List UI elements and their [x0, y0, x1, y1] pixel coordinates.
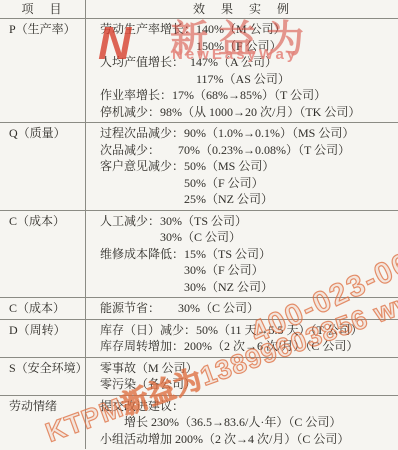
- item-cell: 劳动情绪: [0, 395, 85, 450]
- item-label: C（成本）: [9, 301, 65, 315]
- table-header-effect: 效 果 实 例: [85, 0, 398, 18]
- effect-line: 150%（F 公司）: [100, 38, 396, 55]
- effect-line: 零事故（M 公司）: [100, 360, 396, 377]
- item-cell: S（安全环境）: [0, 357, 85, 395]
- item-label: P（生产率）: [9, 22, 76, 36]
- effect-line: 25%（NZ 公司）: [100, 191, 396, 208]
- effect-cell: 过程次品减少：90%（1.0%→0.1%）（MS 公司）次品减少： 70%（0.…: [85, 122, 398, 210]
- effect-cell: 能源节省： 30%（C 公司）: [85, 297, 398, 319]
- effect-line: 提交改进建议：: [100, 398, 396, 415]
- effect-line: 客户意见减少：50%（MS 公司）: [100, 158, 396, 175]
- effect-cell: 提交改进建议： 增长 230%（36.5→83.6/人·年）（C 公司）小组活动…: [85, 395, 398, 450]
- item-cell: P（生产率）: [0, 18, 85, 122]
- effect-line: 作业率增长：17%（68%→85%）（T 公司）: [100, 87, 396, 104]
- table-header-item: 项 目: [0, 0, 85, 18]
- effect-line: 过程次品减少：90%（1.0%→0.1%）（MS 公司）: [100, 125, 396, 142]
- effect-line: 维修成本降低：15%（TS 公司）: [100, 246, 396, 263]
- effect-line: 30%（F 公司）: [100, 262, 396, 279]
- item-cell: C（成本）: [0, 210, 85, 298]
- effect-line: 50%（F 公司）: [100, 175, 396, 192]
- effect-line: 零污染（各公司）: [100, 376, 396, 393]
- effect-line: 次品减少： 70%（0.23%→0.08%）（T 公司）: [100, 142, 396, 159]
- effect-line: 人工减少：30%（TS 公司）: [100, 213, 396, 230]
- effect-line: 库存（日）减少：50%（11 天→5.5 天）（T 公司）: [100, 322, 396, 339]
- effect-line: 停机减少：98%（从 1000→20 次/月）（TK 公司）: [100, 104, 396, 121]
- item-label: D（周转）: [9, 323, 66, 337]
- effect-cell: 零事故（M 公司）零污染（各公司）: [85, 357, 398, 395]
- item-cell: Q（质量）: [0, 122, 85, 210]
- effect-line: 30%（NZ 公司）: [100, 279, 396, 296]
- effect-cell: 劳动生产率增长：140%（M 公司） 150%（F 公司）人均产值增长： 147…: [85, 18, 398, 122]
- effect-line: 增长 230%（36.5→83.6/人·年）（C 公司）: [100, 414, 396, 431]
- item-cell: C（成本）: [0, 297, 85, 319]
- effect-line: 人均产值增长： 147%（A 公司）: [100, 54, 396, 71]
- item-label: 劳动情绪: [9, 399, 57, 413]
- effect-line: 小组活动增加 200%（2 次→4 次/月）（C 公司）: [100, 431, 396, 448]
- effect-line: 能源节省： 30%（C 公司）: [100, 300, 396, 317]
- effects-table: 项 目 效 果 实 例 P（生产率）劳动生产率增长：140%（M 公司） 150…: [0, 0, 398, 449]
- effect-cell: 库存（日）减少：50%（11 天→5.5 天）（T 公司）库存周转增加：200%…: [85, 319, 398, 357]
- effect-line: 30%（C 公司）: [100, 229, 396, 246]
- scanned-document-page: 项 目 效 果 实 例 P（生产率）劳动生产率增长：140%（M 公司） 150…: [0, 0, 398, 450]
- effect-line: 劳动生产率增长：140%（M 公司）: [100, 21, 396, 38]
- item-cell: D（周转）: [0, 319, 85, 357]
- effect-line: 库存周转增加：200%（2 次→6 次/月）（C 公司）: [100, 338, 396, 355]
- item-label: Q（质量）: [9, 126, 66, 140]
- item-label: C（成本）: [9, 214, 65, 228]
- item-label: S（安全环境）: [9, 361, 88, 375]
- effect-line: 117%（AS 公司）: [100, 71, 396, 88]
- effect-cell: 人工减少：30%（TS 公司） 30%（C 公司）维修成本降低：15%（TS 公…: [85, 210, 398, 298]
